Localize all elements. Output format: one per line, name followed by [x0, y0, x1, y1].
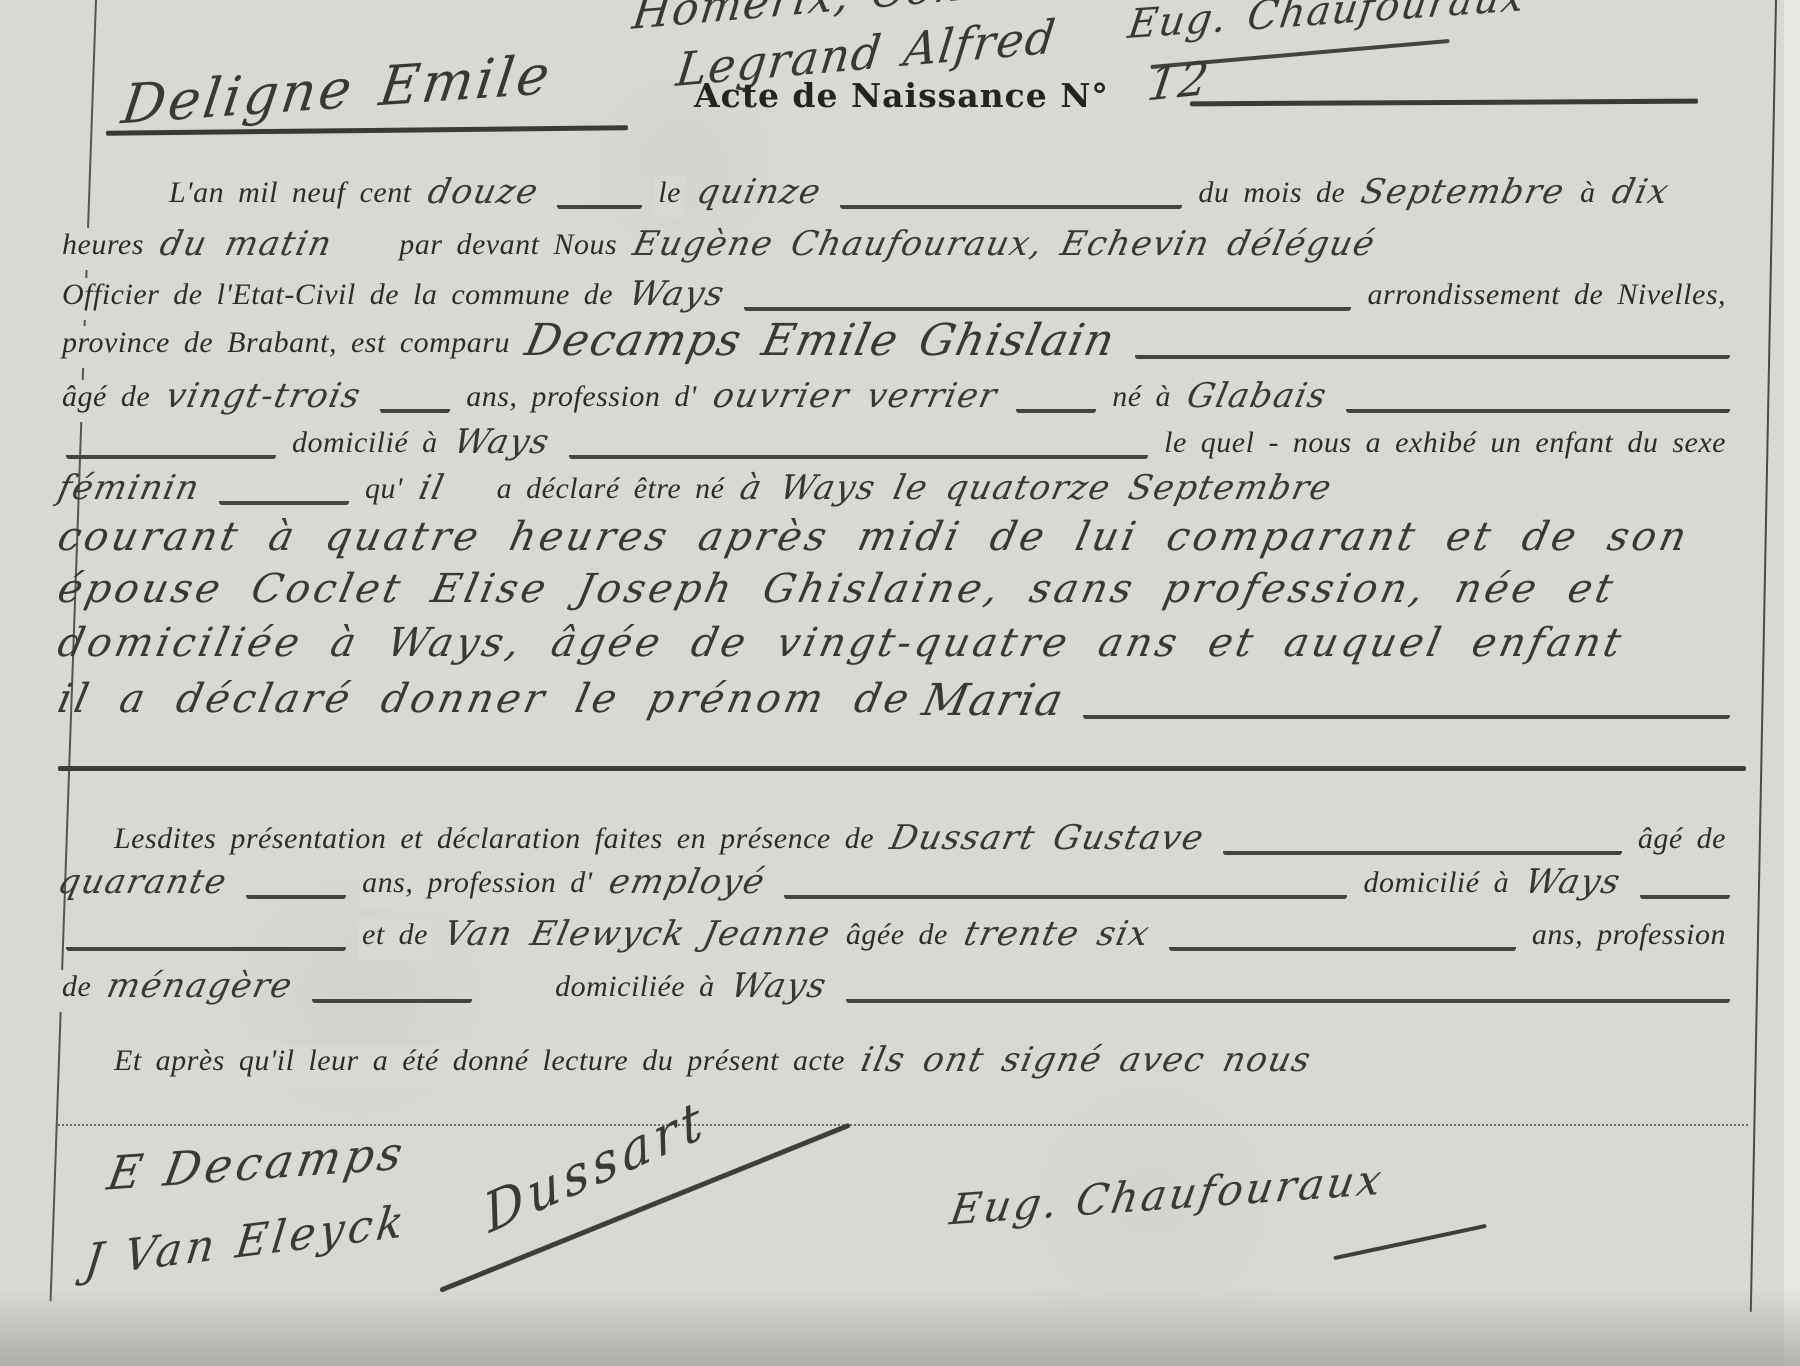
printed-form-text: domicilié à — [288, 426, 442, 468]
page-border-right — [1750, 0, 1777, 1312]
scan-right-edge — [1784, 0, 1800, 1366]
printed-form-text: du mois de — [1194, 176, 1349, 218]
act-title: Acte de Naissance N° — [694, 76, 1109, 115]
ink-fill-line — [66, 450, 276, 459]
handwritten-entry: dix — [1607, 172, 1673, 218]
scan-bottom-shadow — [0, 1290, 1800, 1366]
handwritten-entry: ouvrier verrier — [708, 376, 1001, 422]
ink-fill-line — [784, 890, 1347, 899]
ink-fill-line — [557, 200, 642, 209]
ink-fill-line — [312, 994, 472, 1003]
ink-fill-line — [1223, 846, 1622, 855]
printed-form-text: le quel - nous a exhibé un enfant du sex… — [1160, 426, 1730, 468]
section-separator-rule — [58, 766, 1746, 771]
printed-form-text: à — [1576, 176, 1600, 218]
ink-fill-line — [1169, 942, 1516, 951]
doc-line-02: heuresdu matinpar devant NousEugène Chau… — [58, 220, 1742, 270]
printed-form-text: qu' — [361, 472, 407, 514]
printed-form-text: ans, profession — [1528, 918, 1730, 960]
printed-form-text: et de — [358, 918, 432, 960]
ink-fill-line — [246, 890, 346, 899]
handwritten-entry: du matin — [155, 224, 336, 270]
printed-form-text: province de Brabant, est comparu — [58, 326, 514, 368]
title-fill-rule — [1190, 99, 1698, 107]
signature-dussart: Dussart — [479, 1088, 711, 1246]
ink-fill-line — [66, 942, 346, 951]
handwritten-entry: féminin — [53, 468, 204, 514]
handwritten-entry: Ways — [624, 274, 729, 320]
handwritten-entry: Eugène Chaufouraux, Echevin délégué — [628, 224, 1379, 270]
top-right-handwritten-signature: Eug. Chaufouraux — [1125, 0, 1528, 48]
ink-fill-line — [744, 302, 1351, 311]
ink-fill-line — [1083, 710, 1730, 719]
printed-form-text: âgé de — [58, 380, 154, 422]
handwritten-entry: trente six — [959, 914, 1154, 960]
ink-fill-line — [840, 200, 1182, 209]
birth-certificate-page: Homerix, Cons Eug. Chaufouraux Legrand A… — [0, 0, 1800, 1366]
handwritten-entry-large: Maria — [917, 675, 1068, 728]
handwritten-entry: domiciliée à Ways, âgée de vingt-quatre … — [52, 620, 1628, 672]
ink-fill-line — [1640, 890, 1730, 899]
printed-form-text: domiciliée à — [551, 970, 718, 1012]
ink-fill-line — [219, 496, 349, 505]
printed-form-text: ans, profession d' — [462, 380, 701, 422]
signature-chaufouraux-flourish — [1333, 1224, 1486, 1260]
doc-line-03: Officier de l'Etat-Civil de la commune d… — [58, 270, 1742, 320]
handwritten-entry: Ways — [726, 966, 831, 1012]
handwritten-entry: vingt-trois — [161, 376, 365, 422]
doc-line-16: Et après qu'il leur a été donné lecture … — [58, 1036, 1742, 1086]
signature-decamps: E Decamps — [104, 1125, 411, 1201]
doc-line-06: domicilié àWaysle quel - nous a exhibé u… — [58, 418, 1742, 468]
act-number-label: N° — [1060, 76, 1109, 115]
printed-form-text: de — [58, 970, 95, 1012]
signature-area-dotted-rule — [58, 1124, 1748, 1126]
act-title-text: Acte de Naissance — [694, 76, 1048, 115]
printed-form-text: ans, profession d' — [358, 866, 597, 908]
handwritten-entry: employé — [604, 862, 769, 908]
handwritten-entry-large: Decamps Emile Ghislain — [520, 315, 1120, 368]
printed-form-text: Officier de l'Etat-Civil de la commune d… — [58, 278, 617, 320]
doc-line-07: fémininqu'ila déclaré être néà Ways le q… — [58, 464, 1742, 514]
handwritten-entry: douze — [423, 172, 542, 218]
doc-line-11: il a déclaré donner le prénom deMaria — [58, 678, 1742, 728]
ink-fill-line — [846, 994, 1731, 1003]
doc-line-04: province de Brabant, est comparuDecamps … — [58, 318, 1742, 368]
handwritten-entry: Ways — [1520, 862, 1625, 908]
signature-chaufouraux: Eug. Chaufouraux — [947, 1155, 1388, 1235]
printed-form-text: L'an mil neuf cent — [165, 176, 416, 218]
handwritten-entry: ils ont signé avec nous — [856, 1040, 1315, 1086]
doc-line-12: Lesdites présentation et déclaration fai… — [58, 814, 1742, 864]
handwritten-entry: Glabais — [1182, 376, 1331, 422]
ink-fill-line — [1016, 404, 1096, 413]
handwritten-entry: quinze — [692, 172, 825, 218]
handwritten-entry: ménagère — [102, 966, 297, 1012]
printed-form-text: né à — [1108, 380, 1175, 422]
handwritten-entry: courant à quatre heures après midi de lu… — [52, 514, 1694, 566]
doc-line-10: domiciliée à Ways, âgée de vingt-quatre … — [58, 622, 1742, 672]
doc-line-14: et deVan Elewyck Jeanneâgée detrente six… — [58, 910, 1742, 960]
handwritten-entry: il a déclaré donner le prénom de — [52, 676, 916, 728]
printed-form-text: le — [654, 176, 685, 218]
printed-form-text: heures — [58, 228, 148, 270]
printed-form-text: a déclaré être né — [493, 472, 729, 514]
doc-line-05: âgé devingt-troisans, profession d'ouvri… — [58, 372, 1742, 422]
handwritten-entry: épouse Coclet Elise Joseph Ghislaine, sa… — [52, 566, 1620, 618]
ink-fill-line — [1346, 404, 1730, 413]
printed-form-text: par devant Nous — [395, 228, 621, 270]
handwritten-entry: Septembre — [1356, 172, 1569, 218]
handwritten-entry: à Ways le quatorze Septembre — [736, 468, 1337, 514]
doc-line-13: quaranteans, profession d'employédomicil… — [58, 858, 1742, 908]
doc-line-08: courant à quatre heures après midi de lu… — [58, 516, 1742, 566]
signature-van-eleyck: J Van Eleyck — [82, 1196, 410, 1288]
ink-fill-line — [380, 404, 450, 413]
printed-form-text: domicilié à — [1359, 866, 1513, 908]
printed-form-text: Et après qu'il leur a été donné lecture … — [110, 1044, 849, 1086]
ink-fill-line — [1135, 350, 1731, 359]
handwritten-entry: Van Elewyck Jeanne — [439, 914, 835, 960]
doc-line-09: épouse Coclet Elise Joseph Ghislaine, sa… — [58, 568, 1742, 618]
ink-fill-line — [569, 450, 1149, 459]
printed-form-text: arrondissement de Nivelles, — [1363, 278, 1730, 320]
doc-line-01: L'an mil neuf centdouzelequinzedu mois d… — [58, 168, 1742, 218]
printed-form-text: âgée de — [842, 918, 952, 960]
handwritten-entry: Ways — [449, 422, 554, 468]
doc-line-15: deménagèredomiciliée àWays — [58, 962, 1742, 1012]
margin-handwritten-name: Deligne Emile — [118, 43, 556, 137]
handwritten-entry: il — [414, 468, 449, 514]
handwritten-entry: quarante — [53, 862, 231, 908]
